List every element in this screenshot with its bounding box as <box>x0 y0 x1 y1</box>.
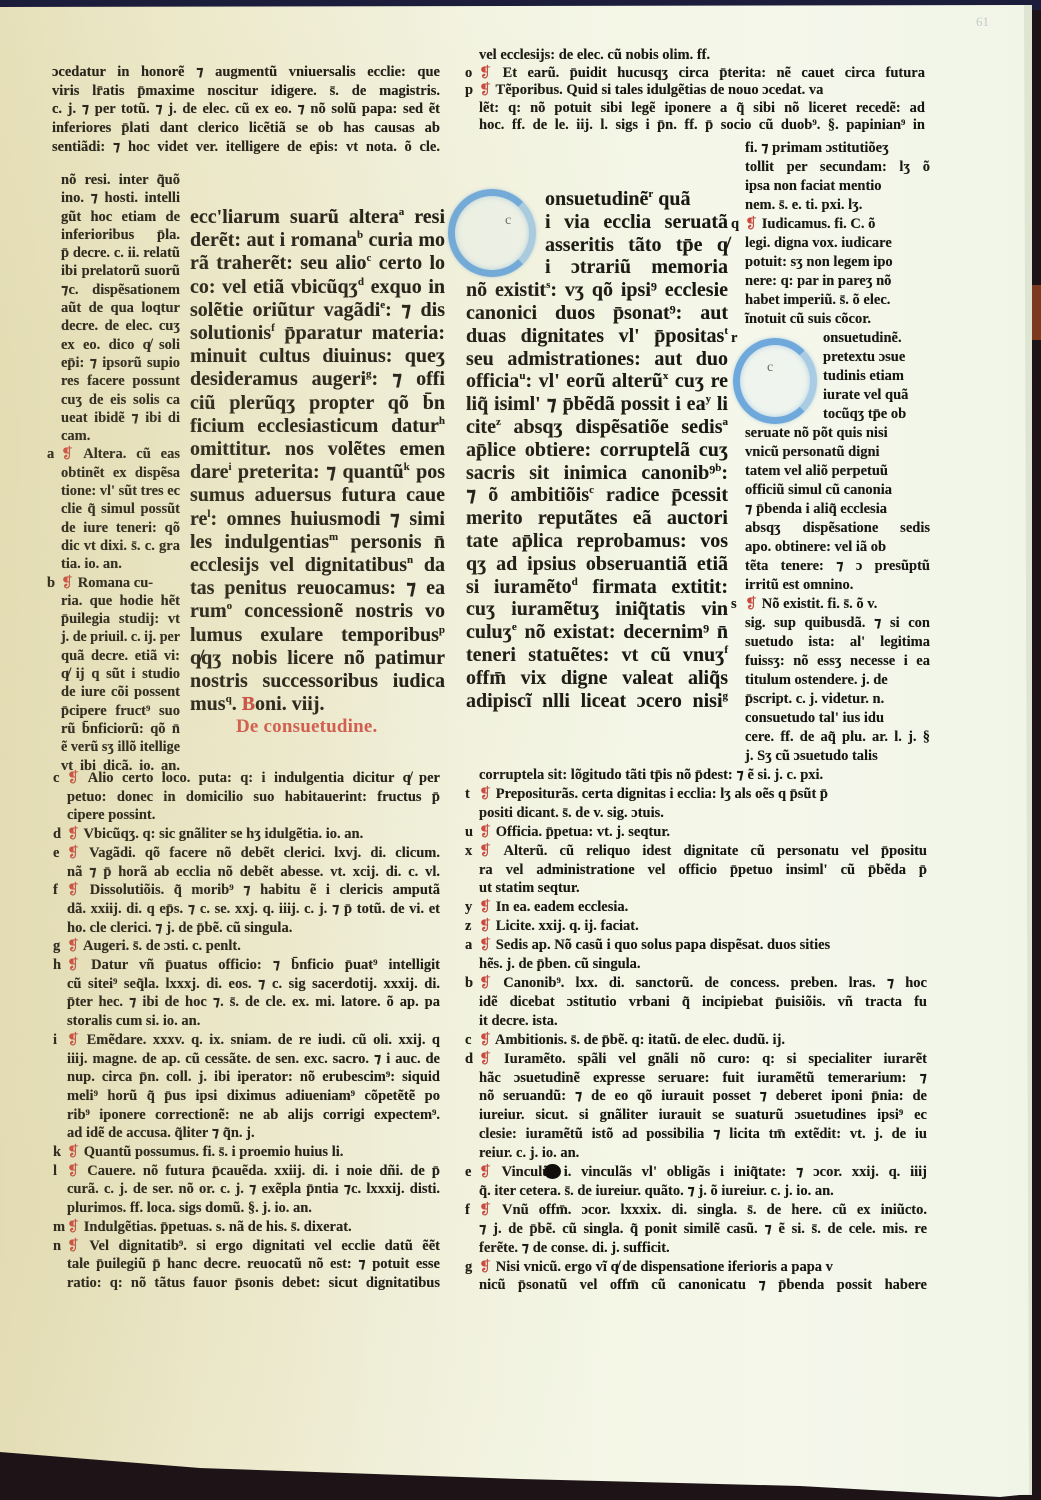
gloss-entry-line: f❡ Dissolutiõis. q̃ morib⁹ ⁊ habitu ẽ i … <box>67 881 440 900</box>
ink-blot <box>544 1164 561 1179</box>
line-text: tatem vel aliõ perpetuũ <box>745 463 888 479</box>
text-line: inferioribus p̄la. <box>61 226 180 244</box>
paragraph-mark-icon: ❡ <box>67 770 79 786</box>
line-text: iureiur. sicut. si gnãliter iurauit se s… <box>479 1107 927 1123</box>
gloss-entry-line: q❡ Iudicamus. fi. C. õ <box>745 215 930 234</box>
text-line: nõ existits: vʒ qõ ipsi⁹ ecclesie <box>466 279 728 302</box>
line-text: asseritis tãto tp̄e q̸ <box>545 234 728 256</box>
gloss-key-letter: b <box>465 974 473 993</box>
line-text: inferiores p̄lati dant clerico licẽtiã s… <box>52 120 440 136</box>
line-text: ap̄lice obtiere: corruptelã cuʒ <box>466 439 728 461</box>
paragraph-mark-icon: ❡ <box>479 843 491 859</box>
line-text: adipiscĩ nlli liceat ɔcero nisig <box>466 690 728 712</box>
line-text: ❡ Nisi vnicũ. ergo vĩ q̸ de dispensation… <box>479 1259 833 1275</box>
line-text: c. j. ⁊ per totũ. ⁊ j. de elec. cũ ex eo… <box>52 101 440 117</box>
paragraph-mark-icon: ❡ <box>67 938 79 954</box>
line-text: nõ seruandũ: ⁊ de eo qõ iurauit posset ⁊… <box>479 1088 927 1104</box>
line-text: tẽta tenere: ⁊ ɔ presũptũ <box>745 558 930 574</box>
line-text: seu admistrationes: aut duo <box>466 348 728 370</box>
line-text: petuo: donec in domicilio suo habitaueri… <box>67 789 440 805</box>
text-line: irritũ est omnino. <box>745 576 930 595</box>
paragraph-mark-icon: ❡ <box>479 1032 491 1048</box>
line-text: ❡ Altera. cũ eas <box>61 446 180 462</box>
line-text: ❡ Cauere. nõ futura p̄cauẽda. xxiij. di.… <box>67 1163 440 1179</box>
text-line: inferiores p̄lati dant clerico licẽtiã s… <box>52 119 440 138</box>
line-text: iiij. magne. de ap. cũ cessãte. de sen. … <box>67 1051 440 1067</box>
text-line: tate ap̄lica reprobamus: vos <box>466 530 728 553</box>
line-text: plurimos. ff. loca. sigs domũ. §. j. io.… <box>67 1200 312 1216</box>
guide-letter: c <box>505 213 511 229</box>
line-text: onsuetudinẽr quã <box>545 188 691 210</box>
line-text: ❡ Romana cu- <box>61 575 153 591</box>
text-line: absqʒ dispẽsatione sedis <box>745 519 930 538</box>
gloss-reference-letter: b <box>715 461 721 473</box>
text-line: iurate vel quã <box>745 386 930 405</box>
line-text: ❡ Prepositurãs. certa dignitas i ecclia:… <box>479 786 828 802</box>
text-line: derẽt: aut i romanab curia mo <box>190 229 445 252</box>
line-text: tas penitus reuocamus: ⁊ ea <box>190 577 445 599</box>
line-text: p̄uilegia studij: vt <box>61 611 180 627</box>
text-line: viris lr̄atis p̄maxime noscitur idigere.… <box>52 82 440 101</box>
line-text: officiũ simul cũ canonia <box>745 482 892 498</box>
text-line: rũ b̄nficiorũ: qõ n̄ <box>61 720 180 738</box>
text-line: quã decre. etiã vi: <box>61 647 180 665</box>
line-text: vel ecclesijs: de elec. cũ nobis olim. f… <box>479 47 710 63</box>
line-text: absqʒ dispẽsatione sedis <box>745 520 930 536</box>
line-text: ipsa non faciat mentio <box>745 178 882 194</box>
text-line: adipiscĩ nlli liceat ɔcero nisig <box>466 690 728 713</box>
gloss-entry-line: u❡ Officia. p̄petua: vt. j. seqtur. <box>479 823 927 842</box>
line-text: ut statim seqtur. <box>479 880 580 896</box>
line-text: ueat ibidẽ ⁊ ibi di <box>61 410 180 426</box>
text-line: tatem vel aliõ perpetuũ <box>745 462 930 481</box>
gloss-key-letter: n <box>53 1237 61 1256</box>
line-text: officiau: vl' eorũ alterũx cuʒ re <box>466 370 728 392</box>
text-line: tẽta tenere: ⁊ ɔ presũptũ <box>745 557 930 576</box>
paragraph-mark-icon: ❡ <box>479 937 491 953</box>
gloss-key-letter: f <box>53 881 58 900</box>
text-line: sig. sup quibusdã. ⁊ si con <box>745 614 930 633</box>
line-text: sentiãdi: ⁊ hoc videt ver. itelligere de… <box>52 139 440 155</box>
text-line: ecc'liarum suarũ alteraa resi <box>190 206 445 229</box>
text-line: desideramus augerig: ⁊ offi <box>190 368 445 391</box>
text-line: legi. digna vox. iudicare <box>745 234 930 253</box>
paragraph-mark-icon: ❡ <box>67 845 79 861</box>
paragraph-mark-icon: ❡ <box>479 1259 491 1275</box>
paragraph-mark-icon: ❡ <box>479 1051 491 1067</box>
line-text: viris lr̄atis p̄maxime noscitur idigere.… <box>52 83 440 99</box>
line-text: ep̄i: ⁊ ipsorũ supio <box>61 355 180 371</box>
gloss-reference-letter: f <box>724 644 728 656</box>
text-line: nem. s̄. e. ti. pxi. lʒ. <box>745 196 930 215</box>
gloss-entry-line: t❡ Prepositurãs. certa dignitas i ecclia… <box>479 785 927 804</box>
text-line: nõ seruandũ: ⁊ de eo qõ iurauit posset ⁊… <box>479 1087 927 1106</box>
line-text: ❡ Iuramẽto. spãli vel gnãli nõ curo: q: … <box>479 1051 927 1067</box>
line-text: nõ resi. inter q̃uõ <box>61 172 180 188</box>
line-text: offm̄ vix digne valeat aliq̃s <box>466 667 728 689</box>
gloss-reference-letter: e <box>380 299 385 311</box>
paragraph-mark-icon: ❡ <box>61 575 73 591</box>
gloss-key-letter: d <box>465 1050 473 1069</box>
line-text: hãc ɔsuetudinẽ expresse seruare: fuit iu… <box>479 1070 927 1086</box>
section-heading: De consuetudine. <box>236 716 378 738</box>
text-line: aũt de qua loqtur <box>61 299 180 317</box>
line-text: ❡ Sedis ap. Nõ casũ i quo solus papa dis… <box>479 937 830 953</box>
line-text: i ɔtrariũ memoria <box>545 256 728 278</box>
gloss-entry-line: d❡ Iuramẽto. spãli vel gnãli nõ curo: q:… <box>479 1050 927 1069</box>
gloss-entry-line: f❡ Vnũ offm̄. ɔcor. lxxxix. di. singla. … <box>479 1201 927 1220</box>
text-line: ɔcedatur in honorẽ ⁊ augmentũ vniuersali… <box>52 63 440 82</box>
main-text-left: ecc'liarum suarũ alteraa residerẽt: aut … <box>190 206 445 716</box>
text-line: decre. de elec. cuʒ <box>61 317 180 335</box>
line-text: legi. digna vox. iudicare <box>745 235 892 251</box>
line-text: onsuetudinẽ. <box>823 330 902 346</box>
line-text: ❡ Quantũ possumus. fi. s̄. i proemio hui… <box>67 1144 343 1160</box>
text-line: vel ecclesijs: de elec. cũ nobis olim. f… <box>479 47 925 65</box>
text-line: culuʒe nõ existat: decernim⁹ n̄ <box>466 621 728 644</box>
line-text: ❡ Et earũ. p̄uidit hucusqʒ circa p̄terit… <box>479 65 925 81</box>
gloss-key-letter: q <box>731 215 739 234</box>
text-line: cũ sitei⁹ seq̃la. lxxxj. di. eos. ⁊ c. s… <box>67 975 440 994</box>
text-line: tocũqʒ tp̄e ob <box>745 405 930 424</box>
line-text: sacris sit inimica canonib⁹b: <box>466 462 728 484</box>
line-text: clesie: iuramẽtũ istõ ad possibilia ⁊ li… <box>479 1126 927 1142</box>
gloss-entry-line: h❡ Datur vñ p̄uatus officio: ⁊ b̄nficio … <box>67 956 440 975</box>
left-gloss-column: nõ resi. inter q̃uõino. ⁊ hosti. intelli… <box>61 171 180 775</box>
line-text: inferioribus p̄la. <box>61 227 180 243</box>
text-line: onsuetudinẽr quã <box>466 188 728 211</box>
text-line: ho. cle clerici. ⁊ j. de p̄bẽ. cũ singul… <box>67 919 440 938</box>
text-line: ipsa non faciat mentio <box>745 177 930 196</box>
gloss-reference-letter: d <box>572 575 578 587</box>
text-line: les indulgentiasm personis n̄ <box>190 531 445 554</box>
gloss-entry-line: e❡ Vagãdi. qõ facere nõ debẽt clerici. l… <box>67 844 440 863</box>
gloss-reference-letter: d <box>358 275 364 287</box>
line-text: ɔcedatur in honorẽ ⁊ augmentũ vniuersali… <box>52 64 440 80</box>
line-text: duas dignitates vl' p̄positast <box>466 325 728 347</box>
text-line: q̸ ij q sũt i studio <box>61 665 180 683</box>
text-line: ⁊c. dispẽsationem <box>61 281 180 299</box>
text-line: clie q̃ simul possũt <box>61 500 180 518</box>
paragraph-mark-icon: ❡ <box>479 65 491 81</box>
line-text: hoc. ff. de le. iij. l. sigs i p̄n. ff. … <box>479 117 925 133</box>
line-text: ferẽte. ⁊ de conse. di. j. sufficit. <box>479 1240 670 1256</box>
text-line: merito reputãtes eã auctori <box>466 507 728 530</box>
line-text: ❡ Vel dignitatib⁹. si ergo dignitati vel… <box>67 1238 440 1254</box>
background-binding-patch <box>1031 285 1041 340</box>
paragraph-mark-icon: ❡ <box>479 1202 491 1218</box>
bottom-gloss-right: corruptela sit: lõgitudo tãti tp̄is nõ p… <box>479 766 927 1295</box>
line-text: tudinis etiam <box>823 368 904 384</box>
text-line: it decre. ista. <box>479 1012 927 1031</box>
line-text: omittitur. nos volẽtes emen <box>190 438 445 460</box>
text-line: tollit per secundam: lʒ õ <box>745 158 930 177</box>
rubricated-letter: B <box>242 693 255 715</box>
line-text: fuissʒ: nõ essʒ necesse i ea <box>745 653 930 669</box>
text-line: tale p̄uilegiũ p̄ hanc decre. reuocatũ n… <box>67 1255 440 1274</box>
line-text: corruptela sit: lõgitudo tãti tp̄is nõ p… <box>479 767 823 783</box>
text-line: cere. ff. de aq̃ plu. ar. l. j. § <box>745 728 930 747</box>
gloss-reference-letter: x <box>663 370 669 382</box>
gloss-key-letter: l <box>53 1162 57 1181</box>
text-line: rã traherẽt: seu alioc certo lo <box>190 252 445 275</box>
line-text: culuʒe nõ existat: decernim⁹ n̄ <box>466 621 728 643</box>
line-text: storalis cum si. io. an. <box>67 1013 200 1029</box>
gloss-entry-line: l❡ Cauere. nõ futura p̄cauẽda. xxiij. di… <box>67 1162 440 1181</box>
line-text: cam. <box>61 428 90 444</box>
text-line: nõ resi. inter q̃uõ <box>61 171 180 189</box>
main-text-middle: onsuetudinẽr quãi via ecclia seruatãasse… <box>466 188 728 712</box>
line-text: ⁊ j. de p̄bẽ. cũ singla. q̃ ponit similẽ… <box>479 1221 927 1237</box>
line-text: teneri statuẽtes: vt cũ vnuʒf <box>466 644 728 666</box>
text-line: cuʒ de eis solis ca <box>61 391 180 409</box>
pencil-folio-mark: 61 <box>976 14 989 30</box>
text-line: vnicũ personatũ digni <box>745 443 930 462</box>
line-text: lẽt: q: nõ potuit sibi legẽ iponere a q̃… <box>479 100 925 116</box>
line-text: desideramus augerig: ⁊ offi <box>190 368 445 390</box>
line-text: darei preterita: ⁊ quantũk pos <box>190 461 445 483</box>
top-gloss-left: ɔcedatur in honorẽ ⁊ augmentũ vniuersali… <box>52 63 440 157</box>
text-line: consuetudo tal' ius idu <box>745 709 930 728</box>
line-text: sig. sup quibusdã. ⁊ si con <box>745 615 930 631</box>
gloss-reference-letter: a <box>399 206 405 218</box>
gloss-key-letter: c <box>53 769 59 788</box>
text-line: petuo: donec in domicilio suo habitaueri… <box>67 788 440 807</box>
line-text: tollit per secundam: lʒ õ <box>745 159 930 175</box>
line-text: seruate nõ põt quis nisi <box>745 425 888 441</box>
text-line: gũt hoc etiam de <box>61 208 180 226</box>
line-text: merito reputãtes eã auctori <box>466 507 728 529</box>
paragraph-mark-icon: ❡ <box>67 826 79 842</box>
text-line: officiũ simul cũ canonia <box>745 481 930 500</box>
text-line: rib⁹ iponere correctionẽ: ne ab alijs co… <box>67 1106 440 1125</box>
text-line: ra vel administratione vel officio p̄pet… <box>479 861 927 880</box>
gloss-key-letter: m <box>53 1218 65 1237</box>
line-text: cuʒ de eis solis ca <box>61 392 180 408</box>
gloss-reference-letter: a <box>723 416 729 428</box>
line-text: ratio: q: nõ tãtus fauor p̄sonis debet: … <box>67 1275 440 1291</box>
line-text: rũ b̄nficiorũ: qõ n̄ <box>61 721 180 737</box>
line-text: cipere possint. <box>67 807 155 823</box>
gloss-key-letter: p <box>465 82 473 100</box>
line-text: canonici duos p̄sonat⁹: aut <box>466 302 728 324</box>
line-text: nõ existits: vʒ qõ ipsi⁹ ecclesie <box>466 279 728 301</box>
line-text: ino. ⁊ hosti. intelli <box>61 190 180 206</box>
gloss-entry-line: g❡ Nisi vnicũ. ergo vĩ q̸ de dispensatio… <box>479 1258 927 1277</box>
line-text: nere: q: par in pareʒ nõ <box>745 273 891 289</box>
line-text: p̄script. c. j. videtur. n. <box>745 691 884 707</box>
line-text: vt ibi dicã. io. an. <box>61 758 180 774</box>
paragraph-mark-icon: ❡ <box>67 1163 79 1179</box>
line-text: ad idẽ de accusa. q̃liter ⁊ q̃n. j. <box>67 1125 255 1141</box>
line-text: ciũ plerũqʒ propter qõ b̄n <box>190 392 445 414</box>
line-text: ❡ Officia. p̄petua: vt. j. seqtur. <box>479 824 670 840</box>
text-line: musq. Boni. viij. <box>190 693 445 716</box>
line-text: solẽtie oriũtur vagãdie: ⁊ dis <box>190 299 445 321</box>
line-text: derẽt: aut i romanab curia mo <box>190 229 445 251</box>
line-text: rã traherẽt: seu alioc certo lo <box>190 252 445 274</box>
line-text: ❡ Augeri. s̄. de ɔsti. c. penlt. <box>67 938 241 954</box>
line-text: q̃. iter cetera. s̄. de iureiur. quãto. … <box>479 1183 834 1199</box>
gloss-entry-line: k❡ Quantũ possumus. fi. s̄. i proemio hu… <box>67 1143 440 1162</box>
line-text: ra vel administratione vel officio p̄pet… <box>479 862 927 878</box>
gloss-reference-letter: t <box>724 325 728 337</box>
line-text: liq̃ isiml' ⁊ p̄bẽdã possit i eay li <box>466 393 728 415</box>
line-text: clie q̃ simul possũt <box>61 501 180 517</box>
text-line: p̄ decre. c. ii. relatũ <box>61 244 180 262</box>
gloss-key-letter: k <box>53 1143 61 1162</box>
decorated-initial-c <box>448 189 536 277</box>
line-text: hẽs. j. de p̄ben. cũ singula. <box>479 956 641 972</box>
text-line: liq̃ isiml' ⁊ p̄bẽdã possit i eay li <box>466 393 728 416</box>
text-line: meli⁹ horũ q̃ p̄us ipsi diximus adiuenia… <box>67 1087 440 1106</box>
line-text: i via ecclia seruatã <box>545 211 728 233</box>
gloss-entry-line: c❡ Ambitionis. s̄. de p̄bẽ. q: itatũ. de… <box>479 1031 927 1050</box>
line-text: positi dicant. s̄. de v. sig. ɔtuis. <box>479 805 664 821</box>
line-text: nicũ p̄sonatũ vel offm̄ cũ canonicatu ⁊ … <box>479 1277 927 1293</box>
paragraph-mark-icon: ❡ <box>479 824 491 840</box>
gloss-key-letter: z <box>465 917 471 936</box>
line-text: lumus exulare temporibusp <box>190 624 445 646</box>
line-text: dã. xxiij. di. q ep̄s. ⁊ c. se. xxj. q. … <box>67 901 440 917</box>
text-line: hẽs. j. de p̄ben. cũ singula. <box>479 955 927 974</box>
gloss-key-letter: c <box>465 1031 471 1050</box>
text-line: si iuramẽtod firmata extitit: <box>466 576 728 599</box>
text-line: hãc ɔsuetudinẽ expresse seruare: fuit iu… <box>479 1069 927 1088</box>
text-line: sacris sit inimica canonib⁹b: <box>466 462 728 485</box>
line-text: apo. obtinere: vel iã ob <box>745 539 886 555</box>
paragraph-mark-icon: ❡ <box>479 918 491 934</box>
text-line: de iure cõi possent <box>61 683 180 701</box>
text-line: teneri statuẽtes: vt cũ vnuʒf <box>466 644 728 667</box>
line-text: pretextu ɔsue <box>823 349 905 365</box>
line-text: ficium ecclesiasticum daturh <box>190 415 445 437</box>
gloss-key-letter: e <box>465 1163 471 1182</box>
line-text: curã. c. j. de ser. nõ or. c. j. ⁊ exẽpl… <box>67 1181 440 1197</box>
text-line: ecclesijs vel dignitatibusn da <box>190 554 445 577</box>
text-line: nã ⁊ p̄ horã ab ecclia nõ debẽt abesse. … <box>67 863 440 882</box>
gloss-key-letter: t <box>465 785 470 804</box>
text-line: p̄ter hec. ⁊ ibi de hoc ⁊. s̄. de cle. e… <box>67 993 440 1012</box>
text-line: de iure teneri: qõ <box>61 519 180 537</box>
gloss-reference-letter: z <box>496 416 501 428</box>
text-line: j. de priuil. c. ij. per <box>61 628 180 646</box>
decorated-initial-c <box>733 338 817 424</box>
text-line: iureiur. sicut. si gnãliter iurauit se s… <box>479 1106 927 1125</box>
paragraph-mark-icon: ❡ <box>479 1164 491 1180</box>
gloss-entry-line: a❡ Altera. cũ eas <box>61 445 180 463</box>
paragraph-mark-icon: ❡ <box>745 216 757 232</box>
text-line: cuʒ iuramẽtuʒ iniq̃tatis vin <box>466 598 728 621</box>
text-line: seruate nõ põt quis nisi <box>745 424 930 443</box>
text-line: seu admistrationes: aut duo <box>466 348 728 371</box>
line-text: tate ap̄lica reprobamus: vos <box>466 530 728 552</box>
line-text: ❡ Canonib⁹. lxx. di. sanctorũ. de conces… <box>479 975 927 991</box>
top-gloss-middle: vel ecclesijs: de elec. cũ nobis olim. f… <box>479 47 925 135</box>
line-text: dic vt dixi. s̄. c. gra <box>61 538 180 554</box>
text-line: citez absqʒ dispẽsatiõe sedisa <box>466 416 728 439</box>
gloss-key-letter: o <box>465 65 472 83</box>
text-line: fi. ⁊ primam ɔstitutiõeʒ <box>745 139 930 158</box>
text-line: rumo concessionẽ nostris vo <box>190 600 445 623</box>
gloss-reference-letter: n <box>407 554 413 566</box>
guide-letter: c <box>767 360 773 376</box>
gloss-entry-line: o❡ Et earũ. p̄uidit hucusqʒ circa p̄teri… <box>479 65 925 83</box>
text-line: sentiãdi: ⁊ hoc videt ver. itelligere de… <box>52 138 440 157</box>
line-text: ecc'liarum suarũ alteraa resi <box>190 206 445 228</box>
text-line: tione: vl' sũt tres ec <box>61 482 180 500</box>
line-text: titulum ostendere. j. de <box>745 672 888 688</box>
text-line: offm̄ vix digne valeat aliq̃s <box>466 667 728 690</box>
gloss-reference-letter: i <box>229 461 232 473</box>
line-text: si iuramẽtod firmata extitit: <box>466 576 728 598</box>
text-line: dã. xxiij. di. q ep̄s. ⁊ c. se. xxj. q. … <box>67 900 440 919</box>
line-text: nostris successoribus iudica <box>190 670 445 692</box>
text-line: clesie: iuramẽtũ istõ ad possibilia ⁊ li… <box>479 1125 927 1144</box>
line-text: ⁊ õ ambitiõisc radice p̄cessit <box>466 484 728 506</box>
line-text: solutionisf p̄paratur materia: <box>190 322 445 344</box>
gloss-key-letter: g <box>53 937 60 956</box>
text-line: ap̄lice obtiere: corruptelã cuʒ <box>466 439 728 462</box>
gloss-reference-letter: c <box>589 484 594 496</box>
text-line: potuit: sʒ non legem ipo <box>745 253 930 272</box>
text-line: lẽt: q: nõ potuit sibi legẽ iponere a q̃… <box>479 100 925 118</box>
paragraph-mark-icon: ❡ <box>67 957 79 973</box>
paragraph-mark-icon: ❡ <box>479 786 491 802</box>
line-text: minuit cultus diuinus: queʒ <box>190 345 445 367</box>
line-text: nem. s̄. e. ti. pxi. lʒ. <box>745 197 862 213</box>
line-text: rumo concessionẽ nostris vo <box>190 600 445 622</box>
line-text: ibi prelatorũ suorũ <box>61 263 180 279</box>
line-text: quã decre. etiã vi: <box>61 648 180 664</box>
gloss-key-letter: y <box>465 898 472 917</box>
text-line: cam. <box>61 427 180 445</box>
gloss-reference-letter: g <box>366 368 372 380</box>
text-line: p̄cipere fruct⁹ suo <box>61 702 180 720</box>
text-line: titulum ostendere. j. de <box>745 671 930 690</box>
gloss-entry-line: a❡ Sedis ap. Nõ casũ i quo solus papa di… <box>479 936 927 955</box>
text-line: solẽtie oriũtur vagãdie: ⁊ dis <box>190 299 445 322</box>
bottom-gloss-left: c❡ Alio certo loco. puta: q: i indulgent… <box>67 769 440 1293</box>
text-line: lumus exulare temporibusp <box>190 624 445 647</box>
line-text: ho. cle clerici. ⁊ j. de p̄bẽ. cũ singul… <box>67 920 292 936</box>
text-line: rel: omnes huiusmodi ⁊ simi <box>190 508 445 531</box>
line-text: citez absqʒ dispẽsatiõe sedisa <box>466 416 728 438</box>
text-line: curã. c. j. de ser. nõ or. c. j. ⁊ exẽpl… <box>67 1180 440 1199</box>
line-text: ❡ Alterũ. cũ reliquo idest dignitate cũ … <box>479 843 927 859</box>
text-line: qʒ ad ipsius obseruantiã etiã <box>466 553 728 576</box>
line-text: consuetudo tal' ius idu <box>745 710 884 726</box>
text-line: fuissʒ: nõ essʒ necesse i ea <box>745 652 930 671</box>
text-line: idẽ dicebat ɔstitutio vrbani q̃ incipieb… <box>479 993 927 1012</box>
gloss-key-letter: u <box>465 823 473 842</box>
gloss-entry-line: e❡ Vinculũ. i. vinculãs vl' obligãs i in… <box>479 1163 927 1182</box>
text-line: ad idẽ de accusa. q̃liter ⁊ q̃n. j. <box>67 1124 440 1143</box>
line-text: ❡ Alio certo loco. puta: q: i indulgenti… <box>67 770 440 786</box>
paragraph-mark-icon: ❡ <box>479 975 491 991</box>
line-text: obtinẽt ex dispẽsa <box>61 465 180 481</box>
text-line: vt ibi dicã. io. an. <box>61 757 180 775</box>
text-line: pretextu ɔsue <box>745 348 930 367</box>
line-text: nã ⁊ p̄ horã ab ecclia nõ debẽt abesse. … <box>67 864 440 880</box>
text-line: habet imperiũ. s̄. õ elec. <box>745 291 930 310</box>
line-text: decre. de elec. cuʒ <box>61 318 180 334</box>
text-line: omittitur. nos volẽtes emen <box>190 438 445 461</box>
text-line: ĩnotuit cũ suis cõcor. <box>745 310 930 329</box>
line-text: ❡ Indulgẽtias. p̄petuas. s. nã de his. s… <box>67 1219 352 1235</box>
gloss-entry-line: b❡ Canonib⁹. lxx. di. sanctorũ. de conce… <box>479 974 927 993</box>
line-text: ❡ Iudicamus. fi. C. õ <box>745 216 875 232</box>
